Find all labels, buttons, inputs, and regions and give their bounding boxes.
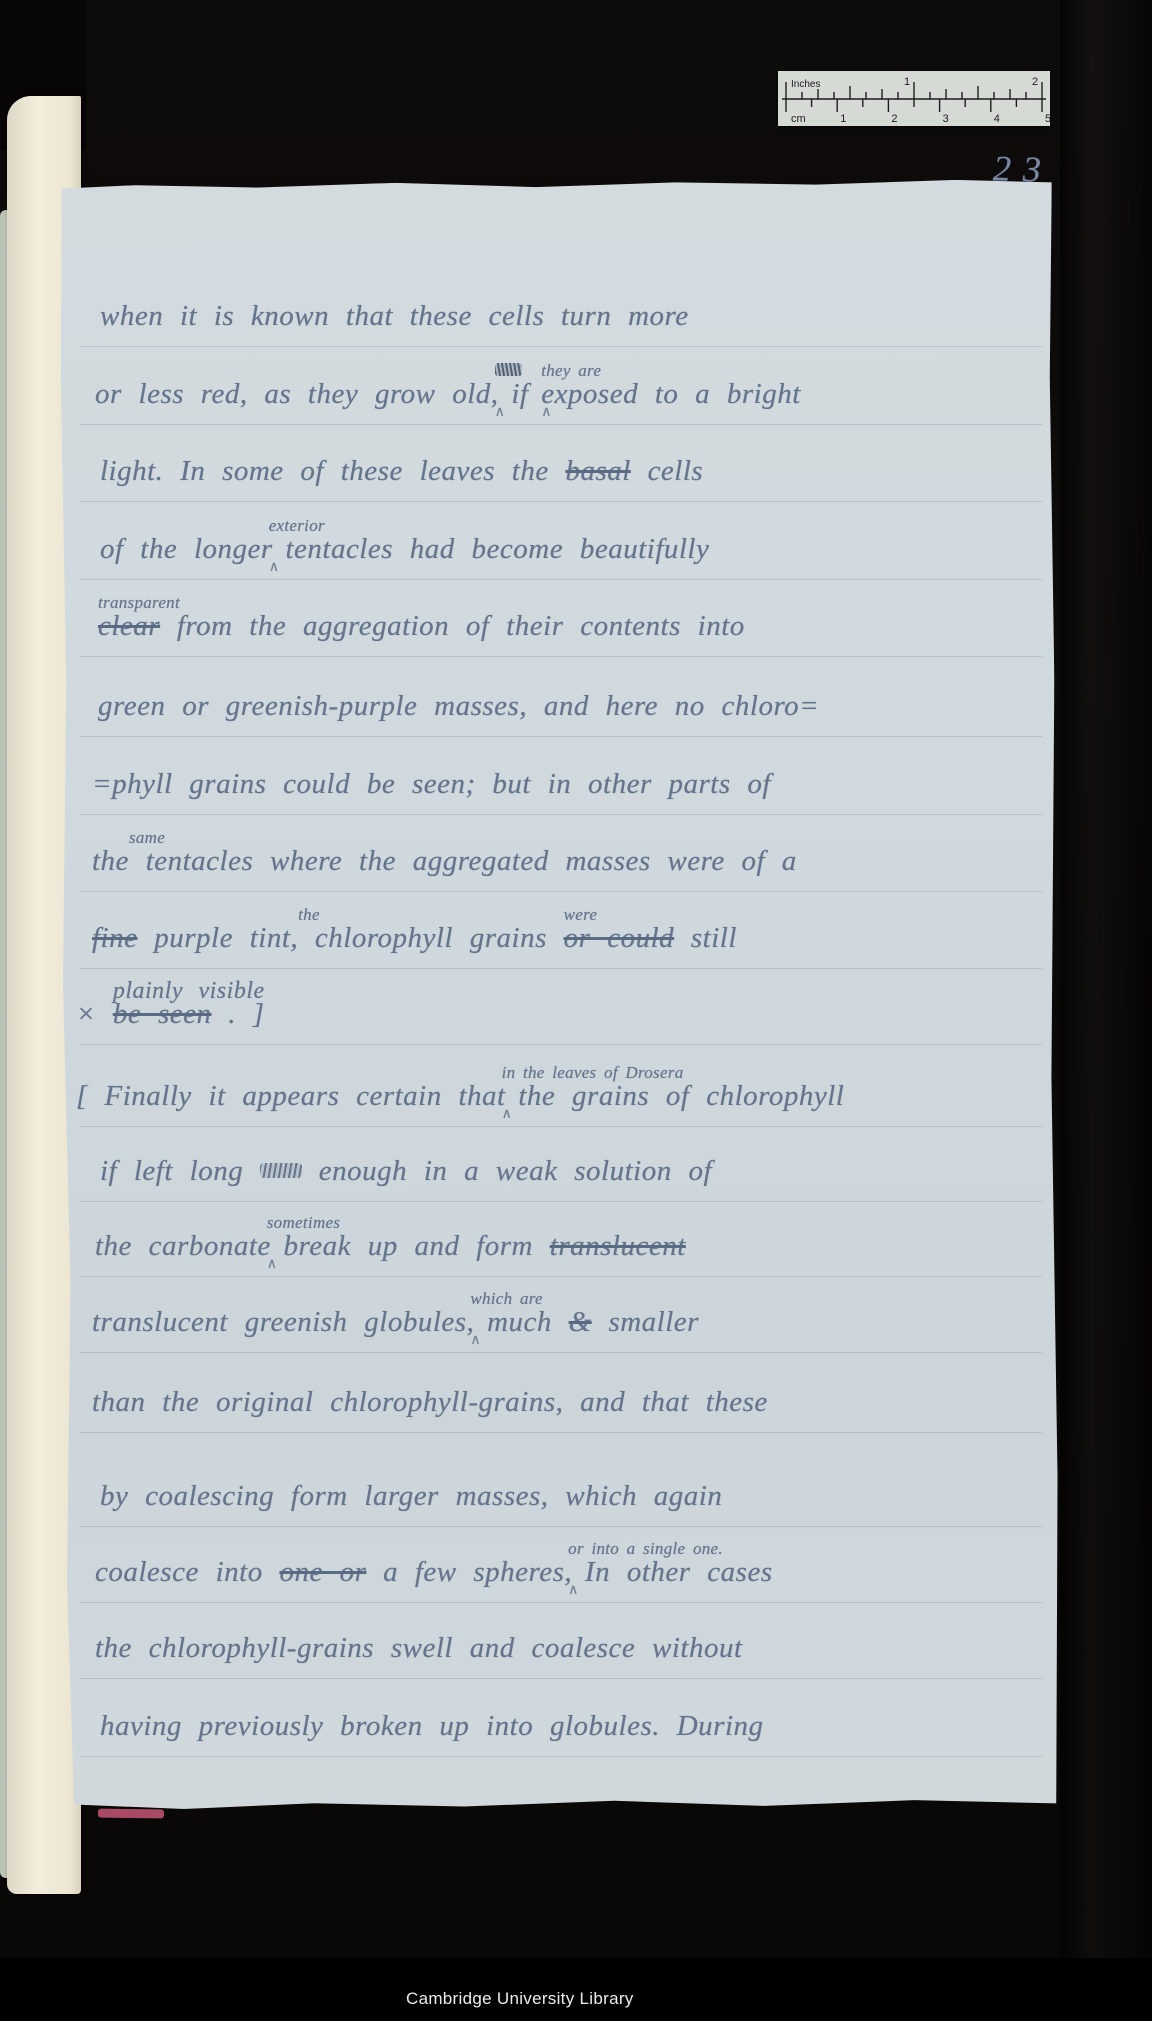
ruler-cm-label: cm: [791, 113, 806, 125]
measurement-ruler: Inches cm 1212345: [778, 71, 1050, 126]
manuscript-page: [56, 177, 1063, 1814]
page-number: 23: [992, 147, 1053, 191]
photo-stage: when it is known that these cells turn m…: [0, 0, 1152, 2021]
ruler-numeral: 2: [1032, 76, 1038, 88]
library-caption: Cambridge University Library: [406, 1989, 634, 2009]
pink-marker: [98, 1809, 164, 1819]
ruler-numeral: 5: [1045, 113, 1050, 125]
background-cloth-seam: [1060, 0, 1152, 1958]
ruler-numeral: 3: [943, 113, 949, 125]
ruler-inches-label: Inches: [791, 79, 820, 90]
ruler-numeral: 4: [994, 113, 1000, 125]
ruler-numeral: 2: [891, 113, 897, 125]
ruler-numeral: 1: [904, 76, 910, 88]
ruler-numeral: 1: [840, 113, 846, 125]
